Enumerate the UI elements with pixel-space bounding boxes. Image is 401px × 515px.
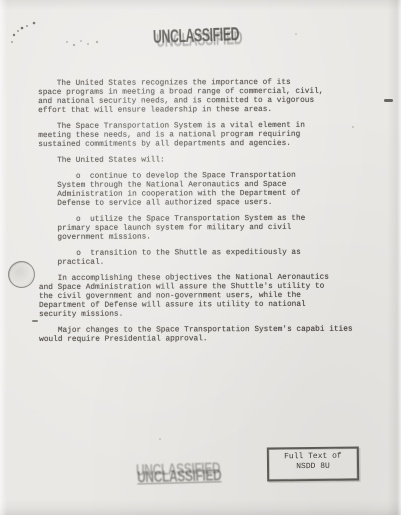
full-text-stamp-box: Full Text of NSDD 8U [267,447,359,482]
paragraph-sts-vital: The Space Transportation System is a vit… [38,122,378,150]
bullet-transition: o transition to the Shuttle as expeditio… [39,249,379,268]
bullet-utilize: o utilize the Space Transportation Syste… [39,215,379,243]
hole-punch-mark [8,261,35,288]
paragraph-accomplishing: In accomplishing these objectives the Na… [39,274,379,320]
pencil-dash-mark [32,320,38,322]
unclassified-stamp-bottom: UNCLASSIFIED UNCLASSIFIED [136,460,249,481]
bullet-continue-develop: o continue to develop the Space Transpor… [38,172,378,209]
full-text-line2: NSDD 8U [269,462,357,473]
scanned-document-page: UNCLASSIFIED UNCLASSIFIED The United Sta… [0,0,401,515]
unclassified-stamp-top: UNCLASSIFIED UNCLASSIFIED [153,23,273,47]
paragraph-us-will: The United States will: [38,156,378,166]
paragraph-major-changes: Major changes to the Space Transportatio… [39,326,379,345]
scan-noise-speckles [0,0,2,2]
stamp-offset-impression: UNCLASSIFIED [137,467,222,487]
paragraph-intro: The United States recognizes the importa… [38,79,378,116]
stamp-main-impression: UNCLASSIFIED [153,24,240,49]
right-edge-mark [384,99,393,102]
document-body: The United States recognizes the importa… [38,79,379,352]
